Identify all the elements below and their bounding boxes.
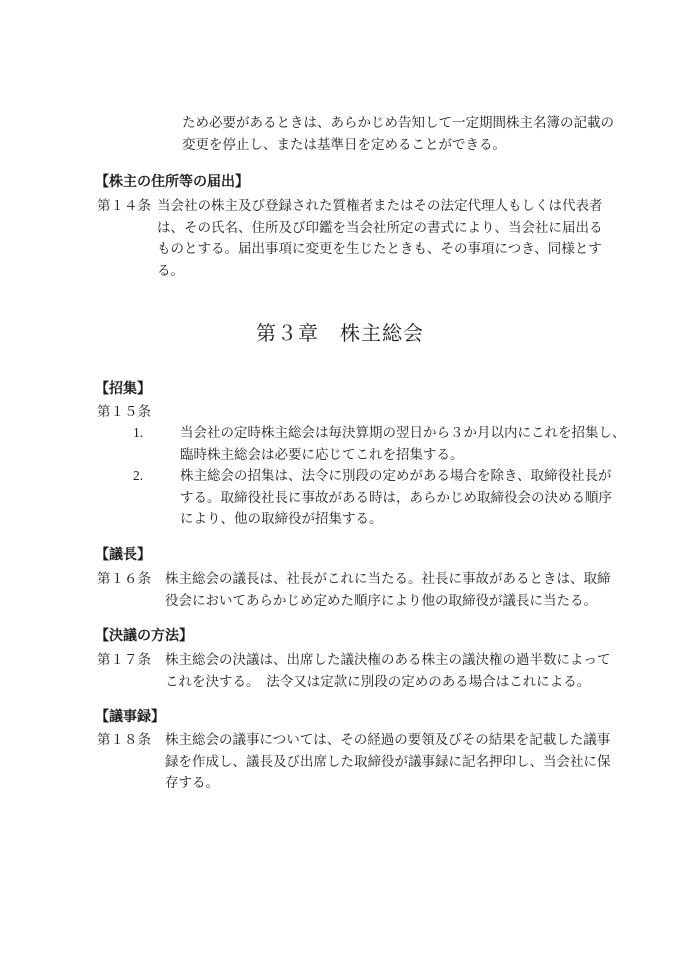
article18-body: 株主総会の議事については、その経過の要領及びその結果を記載した議事録を作成し、議… <box>165 729 611 794</box>
document-page: ため必要があるときは、あらかじめ告知して一定期間株主名簿の記載の変更を停止し、ま… <box>0 0 680 962</box>
article15-item1-body: 当会社の定時株主総会は毎決算期の翌日から３か月以内にこれを招集し、臨時株主総会は… <box>180 422 626 465</box>
article14-number: 第１４条 <box>97 195 151 217</box>
article14-body: 当会社の株主及び登録された質権者またはその法定代理人もしくは代表者は、その氏名、… <box>157 195 603 281</box>
section-heading-minutes: 【議事録】 <box>95 707 165 729</box>
section-heading-resolution-method: 【決議の方法】 <box>95 626 193 648</box>
section-heading-chairperson: 【議長】 <box>95 545 151 567</box>
article15-item2-body: 株主総会の招集は、法令に別段の定めがある場合を除き、取締役社長がする。取締役社長… <box>180 465 612 530</box>
article18-number: 第１８条 <box>97 729 151 751</box>
article15-item2-number: 2. <box>133 465 143 487</box>
chapter-title: 第３章 株主総会 <box>0 320 680 348</box>
article15-item1-number: 1. <box>133 422 143 444</box>
article16-number: 第１６条 <box>97 568 151 590</box>
section-heading-convocation: 【招集】 <box>95 379 151 401</box>
article17-number: 第１７条 <box>97 649 151 671</box>
article15-number: 第１５条 <box>97 401 151 423</box>
section-heading-shareholder-address-notification: 【株主の住所等の届出】 <box>95 172 249 194</box>
article17-body: 株主総会の決議は、出席した議決権のある株主の議決権の過半数によってこれを決する。… <box>165 649 611 692</box>
article16-body: 株主総会の議長は、社長がこれに当たる。社長に事故があるときは、取締役会においてあ… <box>165 568 611 611</box>
carryover-paragraph: ため必要があるときは、あらかじめ告知して一定期間株主名簿の記載の変更を停止し、ま… <box>182 112 614 155</box>
